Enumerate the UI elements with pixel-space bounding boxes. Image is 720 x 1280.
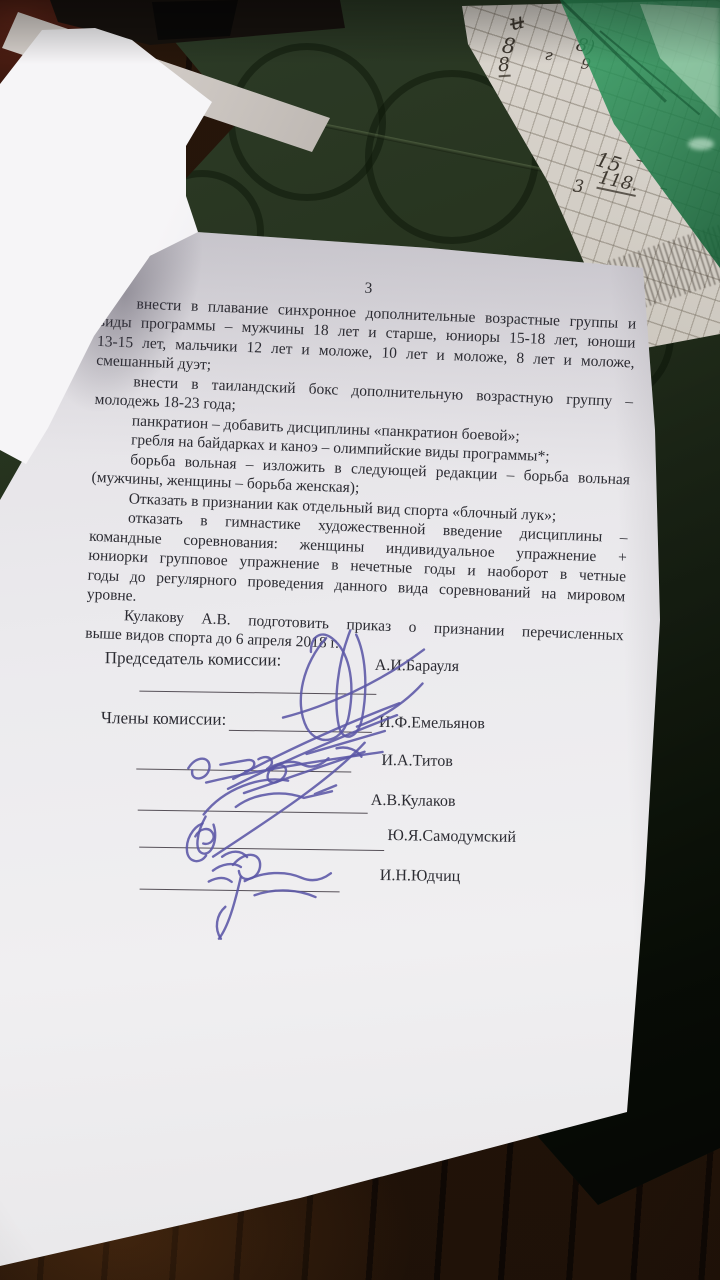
handwritten-mark: 118. <box>596 169 639 197</box>
signature-section: Председатель комиссии: А.И.Барауля Члены… <box>94 646 646 954</box>
signature-scribble <box>187 740 383 859</box>
photo-scene: и 8 8 г 8) 9 15 3 118. – – 3 внести в пл… <box>0 0 720 1280</box>
signature-scribbles <box>176 616 511 951</box>
signature-scribble <box>197 778 336 855</box>
handwritten-mark: г <box>544 47 554 63</box>
handwritten-mark: 8 <box>497 56 511 78</box>
signature-scribble <box>217 854 331 940</box>
handwritten-mark: и <box>508 11 527 36</box>
handwritten-mark: 3 <box>572 178 585 196</box>
signature-scribble <box>283 630 425 742</box>
plastic-glare <box>688 138 714 150</box>
signature-scribble <box>228 701 399 795</box>
